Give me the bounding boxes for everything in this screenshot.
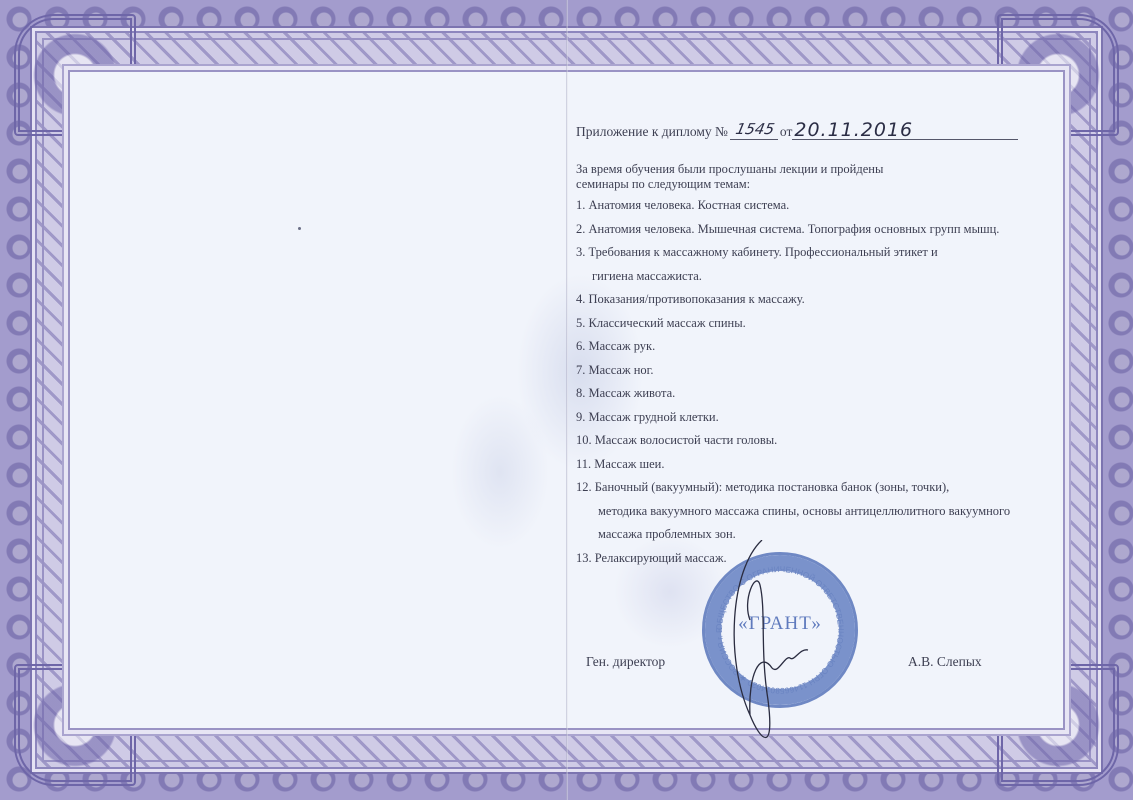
topic-item: 3. Требования к массажному кабинету. Про… xyxy=(576,241,1056,288)
topic-text: 9. Массаж грудной клетки. xyxy=(576,410,719,424)
intro-line-2: семинары по следующим темам: xyxy=(576,177,1056,192)
topic-item: 8. Массаж живота. xyxy=(576,382,1056,406)
topic-item: 1. Анатомия человека. Костная система. xyxy=(576,194,1056,218)
topic-text-continued: методика вакуумного массажа спины, основ… xyxy=(576,500,1056,524)
intro-line-1: За время обучения были прослушаны лекции… xyxy=(576,162,1056,177)
date-field: 20.11.2016 xyxy=(792,121,1018,140)
intro-text: За время обучения были прослушаны лекции… xyxy=(576,162,1056,192)
signatory-name: А.В. Слепых xyxy=(908,654,982,670)
diploma-number-field: 1545 xyxy=(730,121,778,140)
topic-text-continued: гигиена массажиста. xyxy=(576,265,1056,289)
topic-text: 11. Массаж шеи. xyxy=(576,457,665,471)
appendix-label: Приложение к диплому № xyxy=(576,124,728,140)
diploma-number: 1545 xyxy=(734,120,776,138)
topic-text: 3. Требования к массажному кабинету. Про… xyxy=(576,245,938,259)
topic-text: 6. Массаж рук. xyxy=(576,339,655,353)
paper-speck xyxy=(298,227,301,230)
handwritten-signature xyxy=(690,540,830,760)
topic-item: 12. Баночный (вакуумный): методика поста… xyxy=(576,476,1056,547)
topic-item: 7. Массаж ног. xyxy=(576,359,1056,383)
topic-text: 8. Массаж живота. xyxy=(576,386,675,400)
topic-text: 2. Анатомия человека. Мышечная система. … xyxy=(576,222,999,236)
page-fold xyxy=(566,0,568,800)
signatory-title: Ген. директор xyxy=(586,654,665,670)
topics-list: 1. Анатомия человека. Костная система. 2… xyxy=(576,194,1056,570)
topic-item: 10. Массаж волосистой части головы. xyxy=(576,429,1056,453)
date-prefix: от xyxy=(780,124,792,140)
topic-item: 6. Массаж рук. xyxy=(576,335,1056,359)
topic-text: 7. Массаж ног. xyxy=(576,363,654,377)
topic-text: 1. Анатомия человека. Костная система. xyxy=(576,198,789,212)
diploma-appendix: Приложение к диплому № 1545 от 20.11.201… xyxy=(576,112,1056,570)
issue-date: 20.11.2016 xyxy=(794,119,913,141)
topic-item: 4. Показания/противопоказания к массажу. xyxy=(576,288,1056,312)
topic-text: 10. Массаж волосистой части головы. xyxy=(576,433,777,447)
topic-item: 11. Массаж шеи. xyxy=(576,453,1056,477)
topic-text: 5. Классический массаж спины. xyxy=(576,316,746,330)
topic-item: 5. Классический массаж спины. xyxy=(576,312,1056,336)
topic-item: 9. Массаж грудной клетки. xyxy=(576,406,1056,430)
topic-item: 2. Анатомия человека. Мышечная система. … xyxy=(576,218,1056,242)
topic-text: 12. Баночный (вакуумный): методика поста… xyxy=(576,480,949,494)
appendix-header: Приложение к диплому № 1545 от 20.11.201… xyxy=(576,112,1056,140)
topic-text: 4. Показания/противопоказания к массажу. xyxy=(576,292,805,306)
